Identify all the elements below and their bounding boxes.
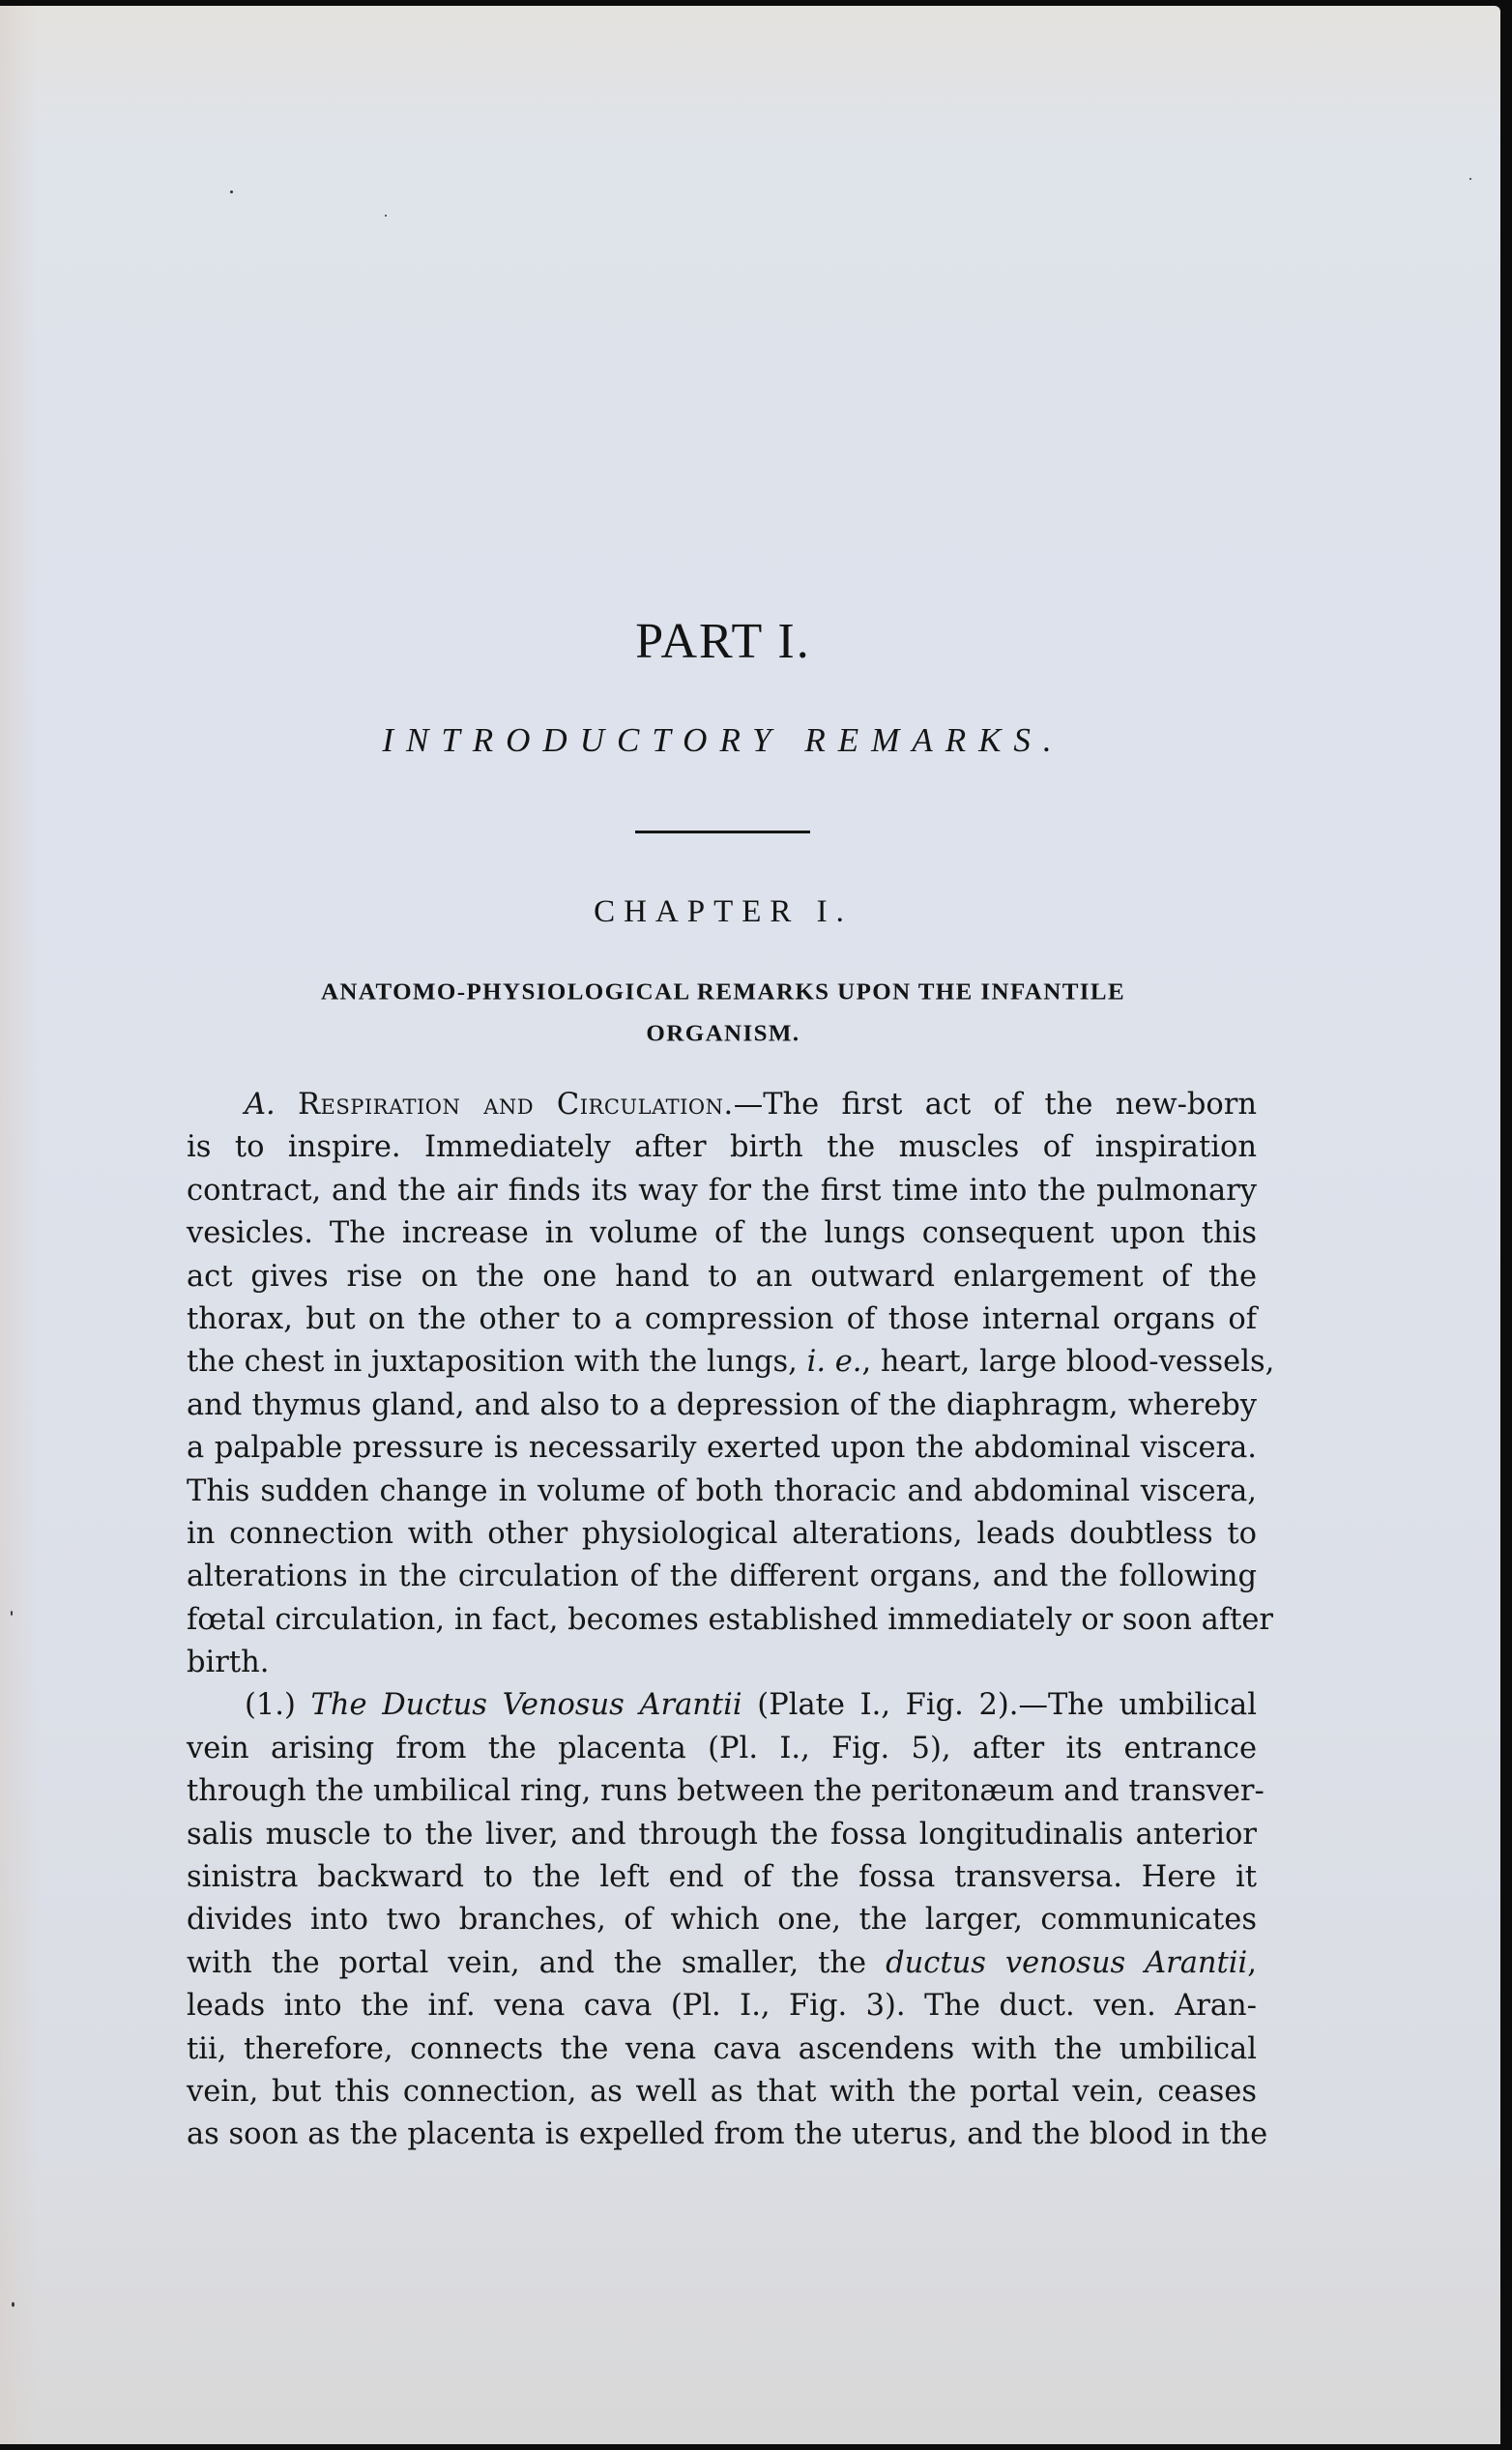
text-line: a palpable pressure is necessarily exert…: [187, 1427, 1257, 1470]
chapter-subtitle-line-1: ANATOMO-PHYSIOLOGICAL REMARKS UPON THE I…: [0, 972, 1446, 1013]
text-line: fœtal circulation, in fact, becomes esta…: [187, 1599, 1257, 1642]
text-line: the chest in juxtaposition with the lung…: [187, 1341, 1257, 1384]
ink-speck: [230, 190, 233, 193]
text-line: and thymus gland, and also to a depressi…: [187, 1385, 1257, 1427]
text-line: salis muscle to the liver, and through t…: [187, 1814, 1257, 1856]
section-letter: A.: [245, 1088, 276, 1122]
text-line: sinistra backward to the left end of the…: [187, 1856, 1257, 1899]
ink-speck: [1469, 178, 1471, 180]
text-line: is to inspire. Immediately after birth t…: [187, 1126, 1257, 1169]
text-line: in connection with other physiological a…: [187, 1513, 1257, 1556]
ink-speck: [11, 1611, 13, 1616]
text-line: (1.) The Ductus Venosus Arantii (Plate I…: [187, 1684, 1257, 1727]
text-line: through the umbilical ring, runs between…: [187, 1770, 1257, 1813]
body-text: A. Respiration and Circulation.—The firs…: [187, 1084, 1257, 2157]
text-line: vein arising from the placenta (Pl. I., …: [187, 1728, 1257, 1770]
text-line: vesicles. The increase in volume of the …: [187, 1212, 1257, 1255]
chapter-subtitle: ANATOMO-PHYSIOLOGICAL REMARKS UPON THE I…: [0, 972, 1446, 1055]
text-line: with the portal vein, and the smaller, t…: [187, 1942, 1257, 1985]
chapter-title: CHAPTER I.: [0, 890, 1446, 933]
paragraph-title: The Ductus Venosus Arantii: [311, 1688, 742, 1722]
text-line: vein, but this connection, as well as th…: [187, 2071, 1257, 2114]
text-line: birth.: [187, 1642, 1257, 1684]
text-line: alterations in the circulation of the di…: [187, 1556, 1257, 1598]
text-line: A. Respiration and Circulation.—The firs…: [187, 1084, 1257, 1126]
chapter-subtitle-line-2: ORGANISM.: [0, 1013, 1446, 1055]
text-line: leads into the inf. vena cava (Pl. I., F…: [187, 1985, 1257, 2027]
text-line: tii, therefore, connects the vena cava a…: [187, 2028, 1257, 2071]
ink-speck: [385, 215, 387, 217]
text-line: thorax, but on the other to a compressio…: [187, 1298, 1257, 1341]
text-line: divides into two branches, of which one,…: [187, 1899, 1257, 1941]
ink-speck: [12, 2302, 15, 2307]
text-line: as soon as the placenta is expelled from…: [187, 2114, 1257, 2156]
title-divider-rule: [635, 831, 810, 833]
book-page: PART I. INTRODUCTORY REMARKS. CHAPTER I.…: [0, 6, 1500, 2444]
text-line: contract, and the air finds its way for …: [187, 1170, 1257, 1212]
paragraph-number: (1.): [245, 1688, 296, 1722]
text-line: This sudden change in volume of both tho…: [187, 1471, 1257, 1513]
text-line: act gives rise on the one hand to an out…: [187, 1256, 1257, 1298]
part-title: PART I.: [0, 613, 1446, 671]
part-subtitle: INTRODUCTORY REMARKS.: [0, 719, 1446, 762]
section-heading: Respiration and Circulation.: [298, 1088, 734, 1122]
